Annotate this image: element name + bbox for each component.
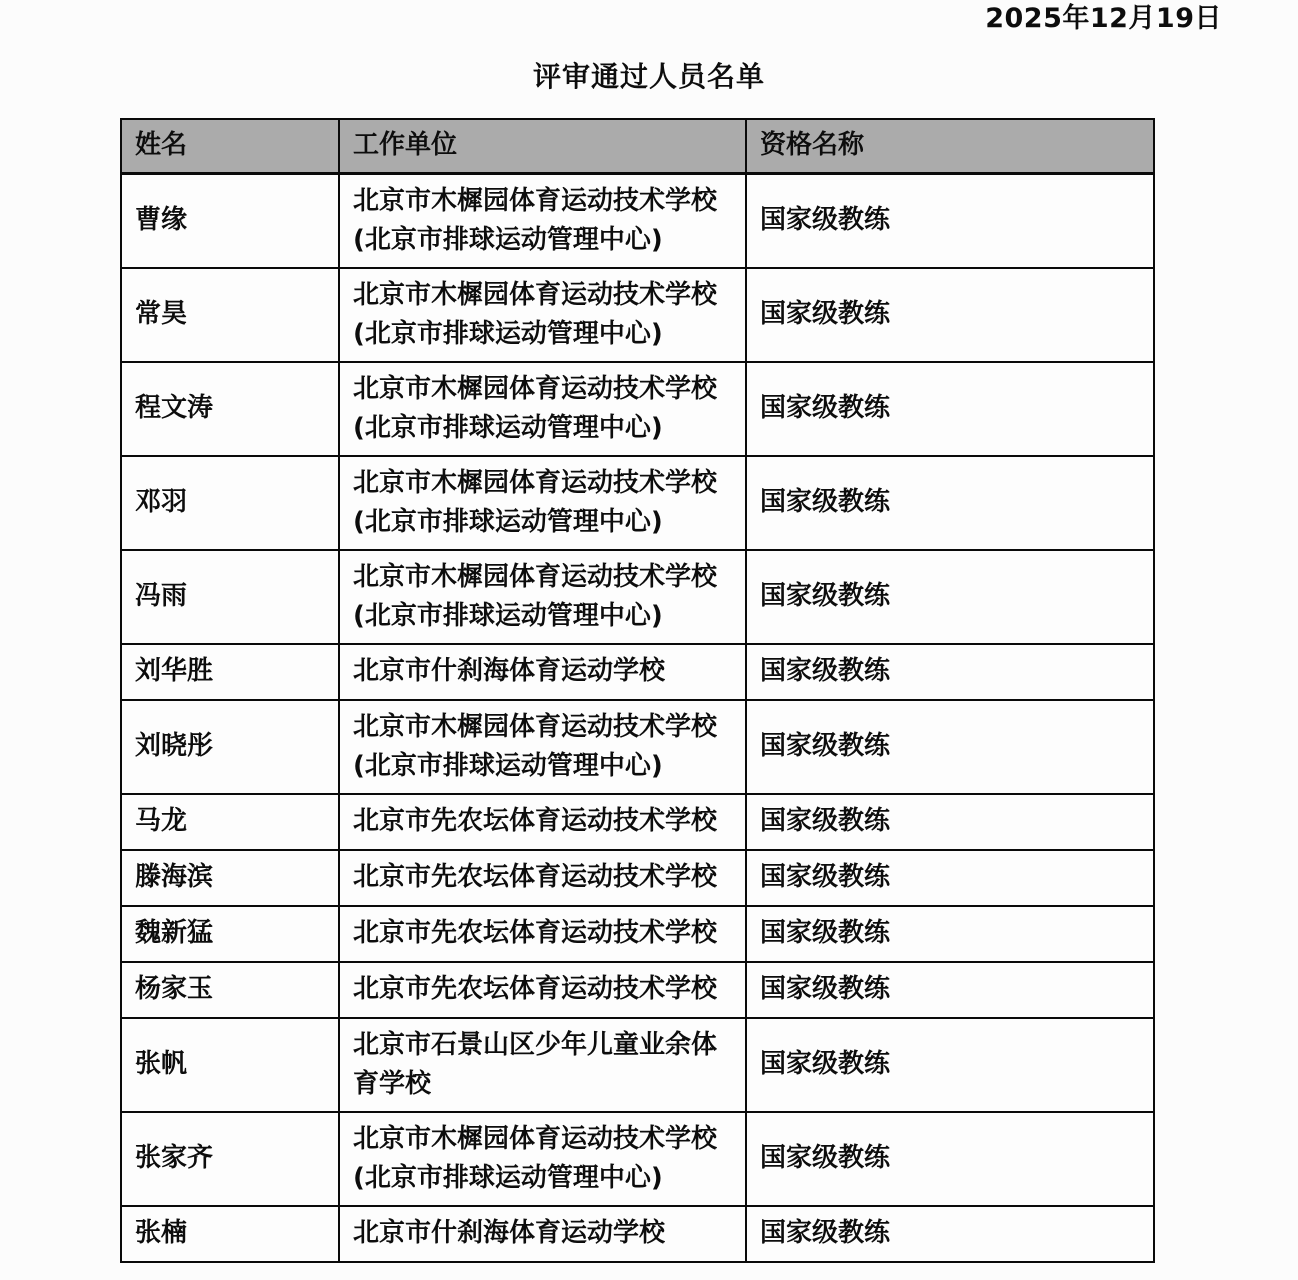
table-row: 马龙北京市先农坛体育运动技术学校国家级教练 [121,794,1154,850]
table-row: 程文涛北京市木樨园体育运动技术学校 (北京市排球运动管理中心)国家级教练 [121,362,1154,456]
cell-name: 曹缘 [121,173,339,268]
cell-name: 常昊 [121,268,339,362]
cell-qualification: 国家级教练 [746,906,1154,962]
cell-work-unit: 北京市什刹海体育运动学校 [339,1206,746,1262]
cell-name: 张楠 [121,1206,339,1262]
table-row: 冯雨北京市木樨园体育运动技术学校 (北京市排球运动管理中心)国家级教练 [121,550,1154,644]
cell-name: 杨家玉 [121,962,339,1018]
table-row: 邓羽北京市木樨园体育运动技术学校 (北京市排球运动管理中心)国家级教练 [121,456,1154,550]
cell-work-unit: 北京市木樨园体育运动技术学校 (北京市排球运动管理中心) [339,550,746,644]
cell-name: 张帆 [121,1018,339,1112]
cell-qualification: 国家级教练 [746,644,1154,700]
table-row: 张家齐北京市木樨园体育运动技术学校 (北京市排球运动管理中心)国家级教练 [121,1112,1154,1206]
cell-qualification: 国家级教练 [746,173,1154,268]
cell-work-unit: 北京市木樨园体育运动技术学校 (北京市排球运动管理中心) [339,1112,746,1206]
header-work-unit: 工作单位 [339,119,746,173]
table-row: 滕海滨北京市先农坛体育运动技术学校国家级教练 [121,850,1154,906]
cell-work-unit: 北京市先农坛体育运动技术学校 [339,962,746,1018]
cell-work-unit: 北京市木樨园体育运动技术学校 (北京市排球运动管理中心) [339,362,746,456]
cell-qualification: 国家级教练 [746,268,1154,362]
table-row: 刘华胜北京市什刹海体育运动学校国家级教练 [121,644,1154,700]
cell-work-unit: 北京市木樨园体育运动技术学校 (北京市排球运动管理中心) [339,456,746,550]
cell-qualification: 国家级教练 [746,1112,1154,1206]
table-row: 曹缘北京市木樨园体育运动技术学校 (北京市排球运动管理中心)国家级教练 [121,173,1154,268]
cell-work-unit: 北京市先农坛体育运动技术学校 [339,850,746,906]
cell-name: 魏新猛 [121,906,339,962]
cell-work-unit: 北京市木樨园体育运动技术学校 (北京市排球运动管理中心) [339,268,746,362]
cell-name: 马龙 [121,794,339,850]
table-header-row: 姓名 工作单位 资格名称 [121,119,1154,173]
cell-work-unit: 北京市什刹海体育运动学校 [339,644,746,700]
table-row: 张帆北京市石景山区少年儿童业余体 育学校国家级教练 [121,1018,1154,1112]
cell-name: 程文涛 [121,362,339,456]
cell-qualification: 国家级教练 [746,962,1154,1018]
cell-qualification: 国家级教练 [746,700,1154,794]
cell-work-unit: 北京市石景山区少年儿童业余体 育学校 [339,1018,746,1112]
cell-qualification: 国家级教练 [746,794,1154,850]
table-row: 常昊北京市木樨园体育运动技术学校 (北京市排球运动管理中心)国家级教练 [121,268,1154,362]
cell-qualification: 国家级教练 [746,550,1154,644]
table-body: 曹缘北京市木樨园体育运动技术学校 (北京市排球运动管理中心)国家级教练常昊北京市… [121,173,1154,1262]
cell-work-unit: 北京市先农坛体育运动技术学校 [339,906,746,962]
header-name: 姓名 [121,119,339,173]
table-row: 刘晓彤北京市木樨园体育运动技术学校 (北京市排球运动管理中心)国家级教练 [121,700,1154,794]
cell-work-unit: 北京市木樨园体育运动技术学校 (北京市排球运动管理中心) [339,173,746,268]
cell-qualification: 国家级教练 [746,362,1154,456]
cell-name: 冯雨 [121,550,339,644]
cell-qualification: 国家级教练 [746,850,1154,906]
cell-name: 刘华胜 [121,644,339,700]
cell-qualification: 国家级教练 [746,1206,1154,1262]
cell-work-unit: 北京市木樨园体育运动技术学校 (北京市排球运动管理中心) [339,700,746,794]
cell-name: 滕海滨 [121,850,339,906]
page-title: 评审通过人员名单 [0,55,1298,95]
header-qualification: 资格名称 [746,119,1154,173]
table-row: 张楠北京市什刹海体育运动学校国家级教练 [121,1206,1154,1262]
cell-name: 刘晓彤 [121,700,339,794]
cell-qualification: 国家级教练 [746,456,1154,550]
cell-name: 张家齐 [121,1112,339,1206]
cell-qualification: 国家级教练 [746,1018,1154,1112]
cell-work-unit: 北京市先农坛体育运动技术学校 [339,794,746,850]
cell-name: 邓羽 [121,456,339,550]
approved-personnel-table: 姓名 工作单位 资格名称 曹缘北京市木樨园体育运动技术学校 (北京市排球运动管理… [120,118,1155,1263]
table-row: 魏新猛北京市先农坛体育运动技术学校国家级教练 [121,906,1154,962]
document-date: 2025年12月19日 [985,0,1222,35]
table-row: 杨家玉北京市先农坛体育运动技术学校国家级教练 [121,962,1154,1018]
